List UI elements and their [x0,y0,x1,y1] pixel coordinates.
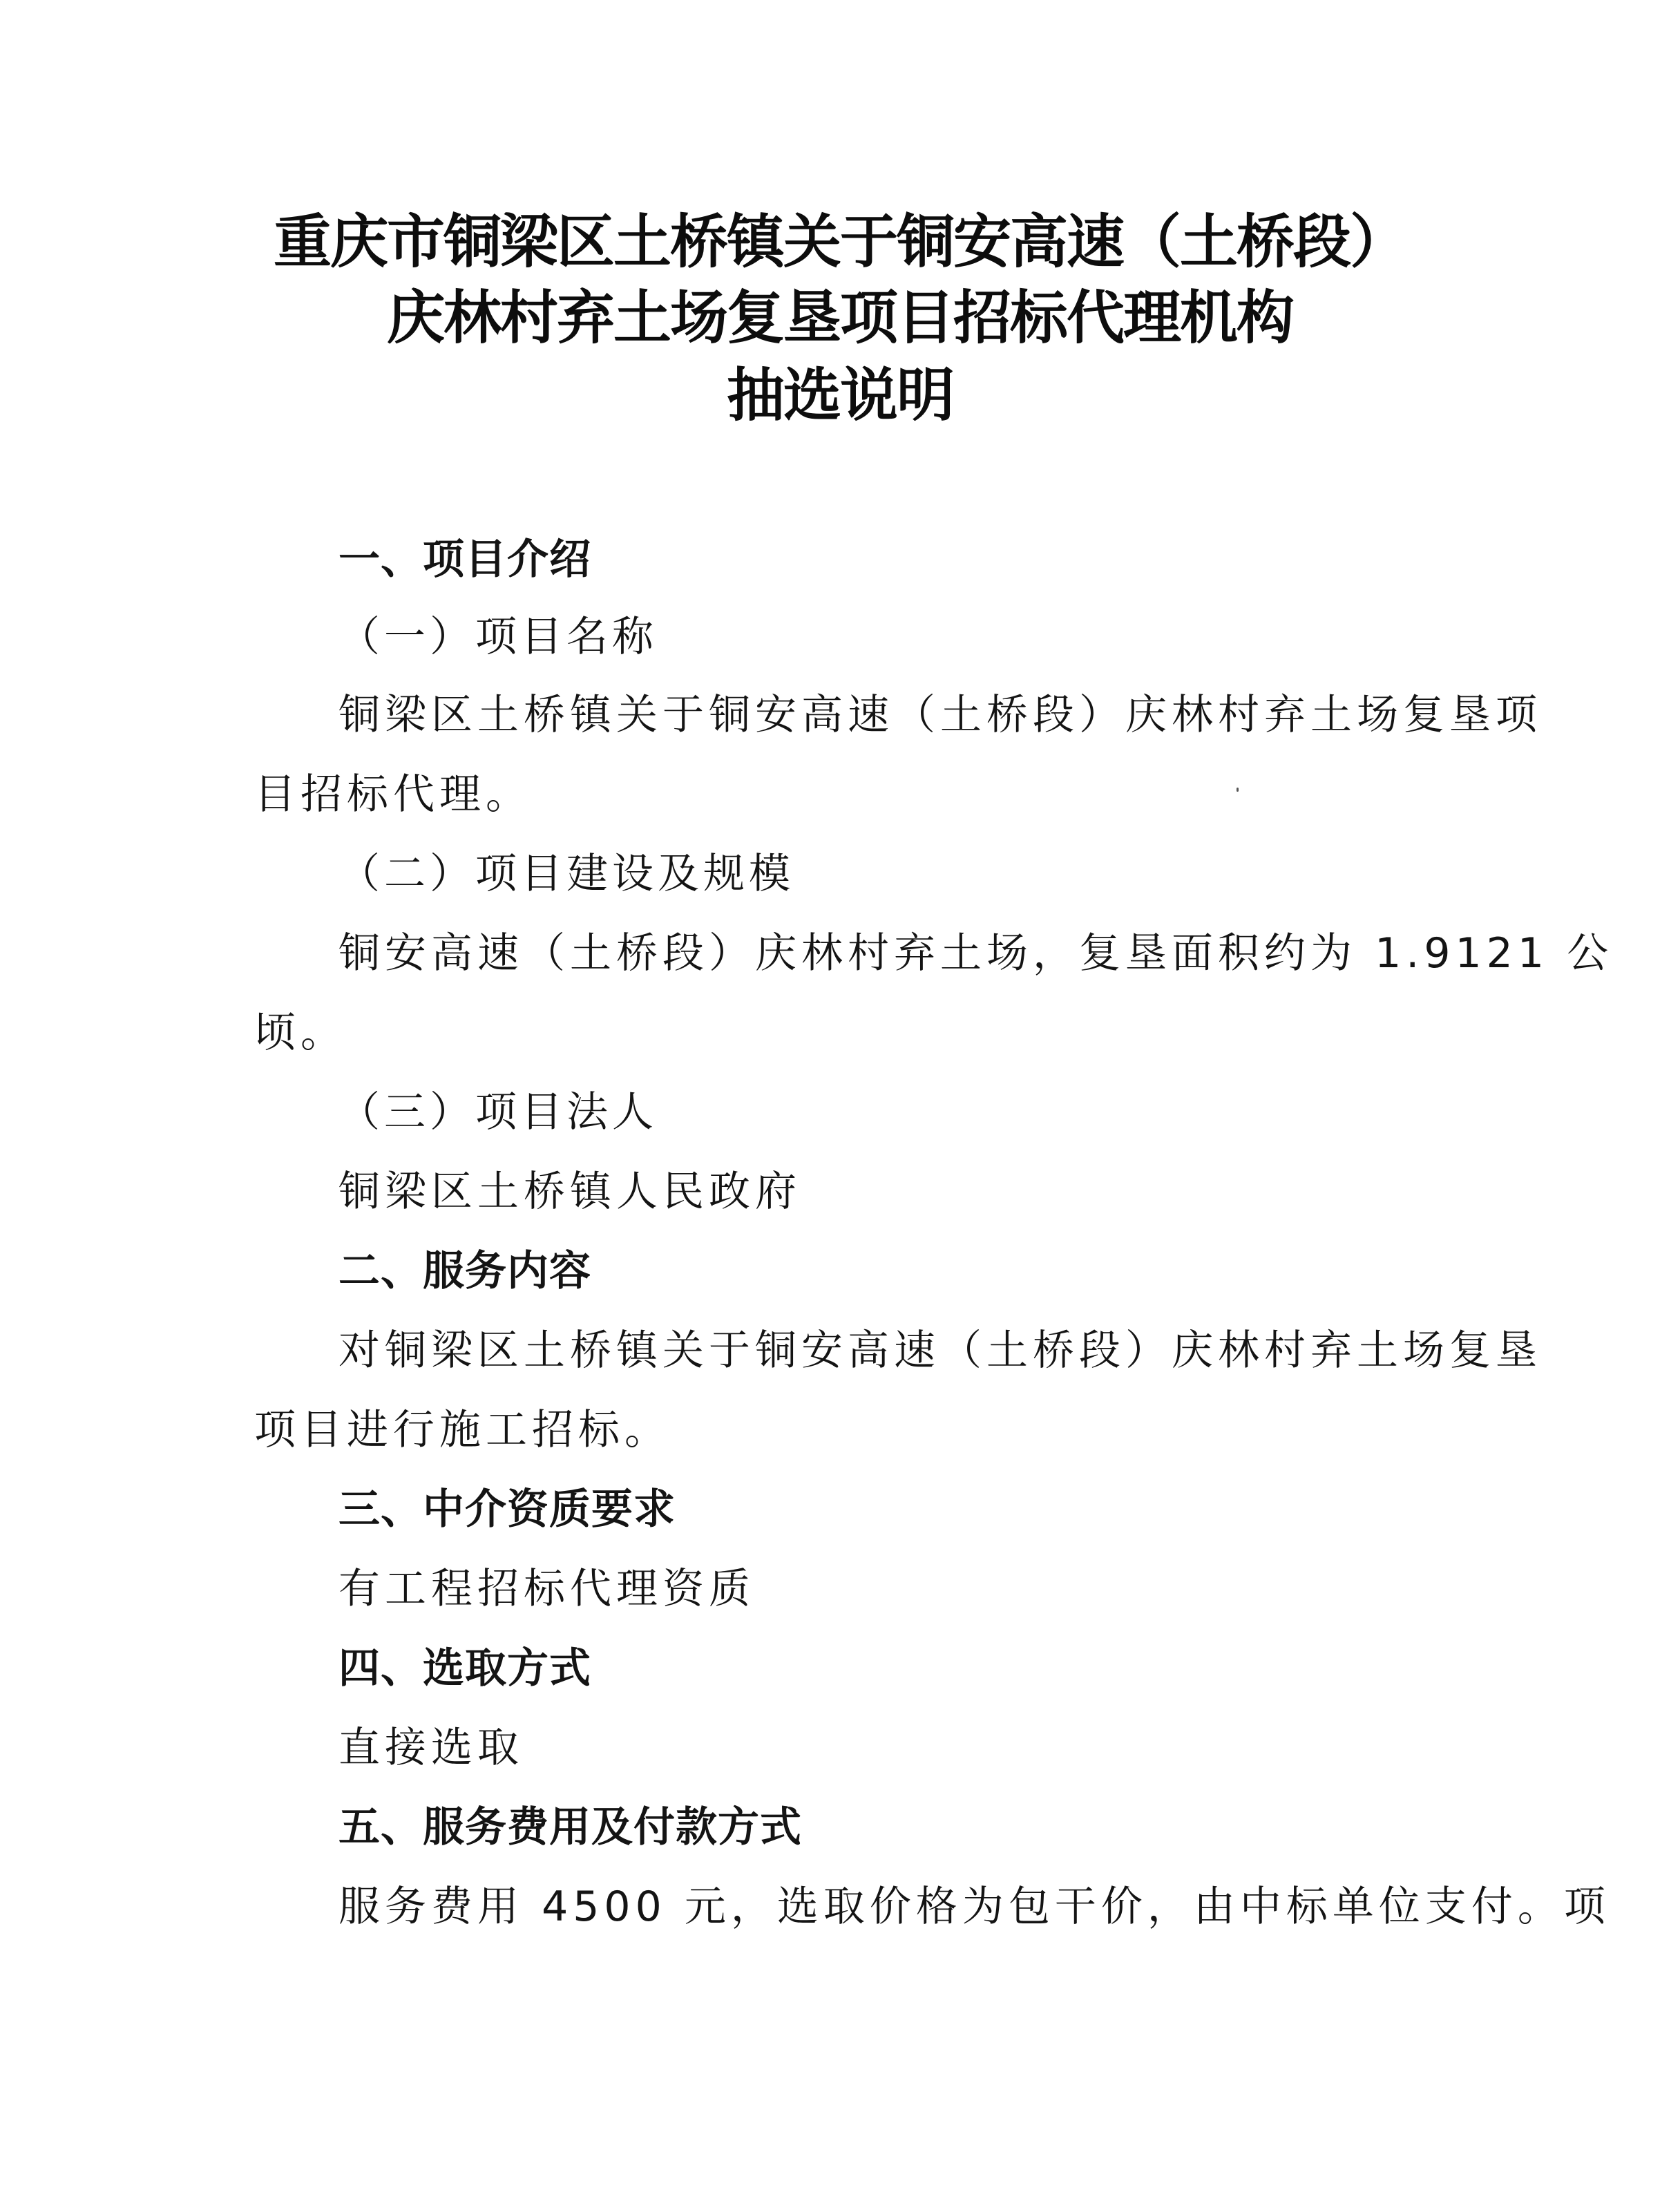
section-heading-selection-method: 四、选取方式 [338,1641,591,1696]
scan-speck [1237,788,1239,792]
section-heading-qualification: 三、中介资质要求 [338,1482,676,1537]
service-content-line-2: 项目进行施工招标。 [254,1402,671,1458]
document-title-line-2: 庆林村弃土场复垦项目招标代理机构 [0,283,1680,352]
subsection-heading-legal-entity: （三）项目法人 [338,1085,658,1140]
fees-payment-line-1: 服务费用 4500 元，选取价格为包干价，由中标单位支付。项 [338,1879,1610,1934]
subsection-heading-construction-scale: （二）项目建设及规模 [338,846,794,902]
project-name-line-1: 铜梁区土桥镇关于铜安高速（土桥段）庆林村弃土场复垦项 [338,687,1542,743]
service-content-line-1: 对铜梁区土桥镇关于铜安高速（土桥段）庆林村弃土场复垦 [338,1323,1542,1378]
document-page: 重庆市铜梁区土桥镇关于铜安高速（土桥段） 庆林村弃土场复垦项目招标代理机构 抽选… [0,0,1680,2208]
construction-scale-line-2: 顷。 [254,1005,347,1060]
selection-method-line: 直接选取 [338,1720,524,1776]
document-title-line-3: 抽选说明 [0,361,1680,430]
section-heading-project-intro: 一、项目介绍 [338,532,591,587]
project-name-line-2: 目招标代理。 [254,767,532,822]
construction-scale-line-1: 铜安高速（土桥段）庆林村弃土场，复垦面积约为 1.9121 公 [338,926,1613,981]
qualification-line: 有工程招标代理资质 [338,1561,755,1617]
legal-entity-line: 铜梁区土桥镇人民政府 [338,1164,801,1219]
section-heading-fees-payment: 五、服务费用及付款方式 [338,1800,802,1855]
document-title-line-1: 重庆市铜梁区土桥镇关于铜安高速（土桥段） [0,207,1680,276]
section-heading-service-content: 二、服务内容 [338,1244,591,1299]
subsection-heading-project-name: （一）项目名称 [338,609,658,665]
